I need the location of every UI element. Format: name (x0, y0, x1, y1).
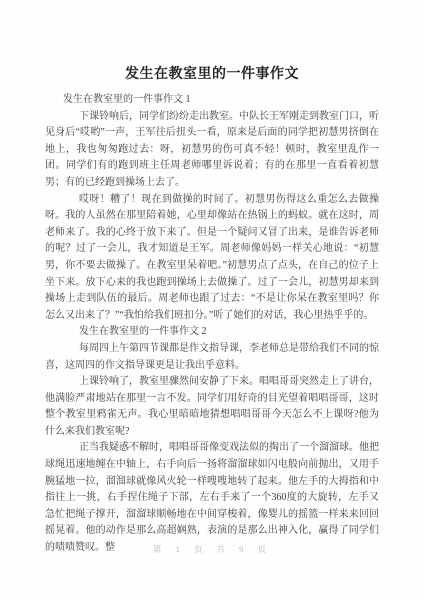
document-body: 发生在教室里的一件事作文 1 下课铃响后，同学们纷纷走出教室。中队长王军刚走到教… (45, 92, 379, 557)
page-title: 发生在教室里的一件事作文 (0, 0, 424, 83)
section-2-paragraph-1: 每周四上午第四节课都是作文指导课，李老师总是带给我们不同的惊喜，这周四的作文指导… (45, 341, 379, 374)
section-2-paragraph-2: 上课铃响了，教室里骤然间安静了下来。唱唱哥哥突然走上了讲台，他满脸严肃地站在那里… (45, 374, 379, 440)
section-1-paragraph-1: 下课铃响后，同学们纷纷走出教室。中队长王军刚走到教室门口，听见身后“哎哟”一声，… (45, 109, 379, 192)
document-page: 发生在教室里的一件事作文 发生在教室里的一件事作文 1 下课铃响后，同学们纷纷走… (0, 0, 424, 600)
section-2-paragraph-3: 正当我疑惑不解时，唱唱哥哥像变戏法似的掏出了一个溜溜球。他把球绳迅速地缠在中轴上… (45, 440, 379, 556)
pagination-indicator: 第 1 页 共 9 页 (0, 543, 424, 555)
section-2-heading: 发生在教室里的一件事作文 2 (45, 324, 379, 341)
section-1-heading: 发生在教室里的一件事作文 1 (45, 92, 379, 109)
section-1-paragraph-2: 哎呀！糟了！现在到做操的时间了。初慧男伤得这么重怎么去做操呀。我的人虽然在那里陪… (45, 192, 379, 325)
